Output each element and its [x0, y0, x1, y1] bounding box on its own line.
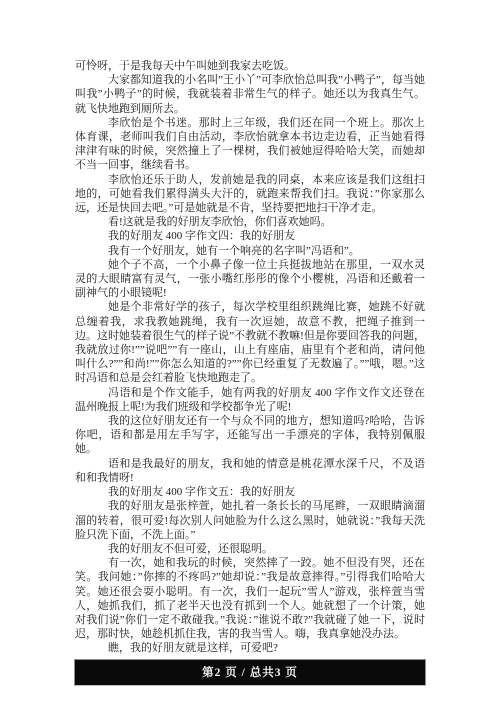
paragraph: 我的好朋友是张梓萱，她扎着一条长长的马尾辫，一双眼睛滴溜溜的转着，很可爱!每次别…: [75, 499, 425, 542]
document-body: 可怜呀，于是我每天中午叫她到我家去吃饭。大家都知道我的小名叫”王小丫”可李欣怡总…: [75, 59, 425, 656]
paragraph: 可怜呀，于是我每天中午叫她到我家去吃饭。: [75, 59, 425, 73]
paragraph: 我的好朋友不但可爱，还很聪明。: [75, 542, 425, 556]
paragraph: 她是个非常好学的孩子，每次学校里组织跳绳比赛，她跳不好就总缠着我，求我教她跳绳，…: [75, 300, 425, 385]
paragraph: 我有一个好朋友，她有一个响亮的名字叫”冯语和”。: [75, 244, 425, 258]
paragraph: 瞧，我的好朋友就是这样，可爱吧?: [75, 641, 425, 655]
paragraph: 李欣怡是个书迷。那时上三年级，我们还在同一个班上。那次上体育课，老师叫我们自由活…: [75, 116, 425, 173]
paragraph: 有一次，她和我玩的时候，突然摔了一跤。她不但没有哭，还在笑。我问她：”你摔的不疼…: [75, 556, 425, 641]
paragraph: 我的好朋友 400 字作文四：我的好朋友: [75, 229, 425, 243]
paragraph: 我的好朋友 400 字作文五：我的好朋友: [75, 485, 425, 499]
paragraph: 我的这位好朋友还有一个与众不同的地方，想知道吗?哈哈，告诉你吧，语和都是用左手写…: [75, 414, 425, 457]
document-page: 可怜呀，于是我每天中午叫她到我家去吃饭。大家都知道我的小名叫”王小丫”可李欣怡总…: [75, 0, 425, 686]
pagination-label: 第2 页 / 总共3 页: [202, 667, 298, 679]
paragraph: 李欣怡还乐于助人，发前她是我的同桌，本来应该是我们这组扫地的，可她看我们累得满头…: [75, 173, 425, 216]
paragraph: 看!这就是我的好朋友李欣怡，你们喜欢她吗。: [75, 215, 425, 229]
pagination-bar: 第2 页 / 总共3 页: [74, 659, 426, 686]
paragraph: 冯语和是个作文能手，她有两我的好朋友 400 字作文作文还登在温州晚报上呢!为我…: [75, 386, 425, 414]
paragraph: 她个子不高，一个小鼻子像一位士兵挺拔地站在那里，一双水灵灵的大眼睛富有灵气，一张…: [75, 258, 425, 301]
paragraph: 大家都知道我的小名叫”王小丫”可李欣怡总叫我”小鸭子”，每当她叫我”小鸭子”的时…: [75, 73, 425, 116]
paragraph: 语和是我最好的朋友，我和她的情意是桃花潭水深千尺，不及语和和我情呀!: [75, 457, 425, 485]
